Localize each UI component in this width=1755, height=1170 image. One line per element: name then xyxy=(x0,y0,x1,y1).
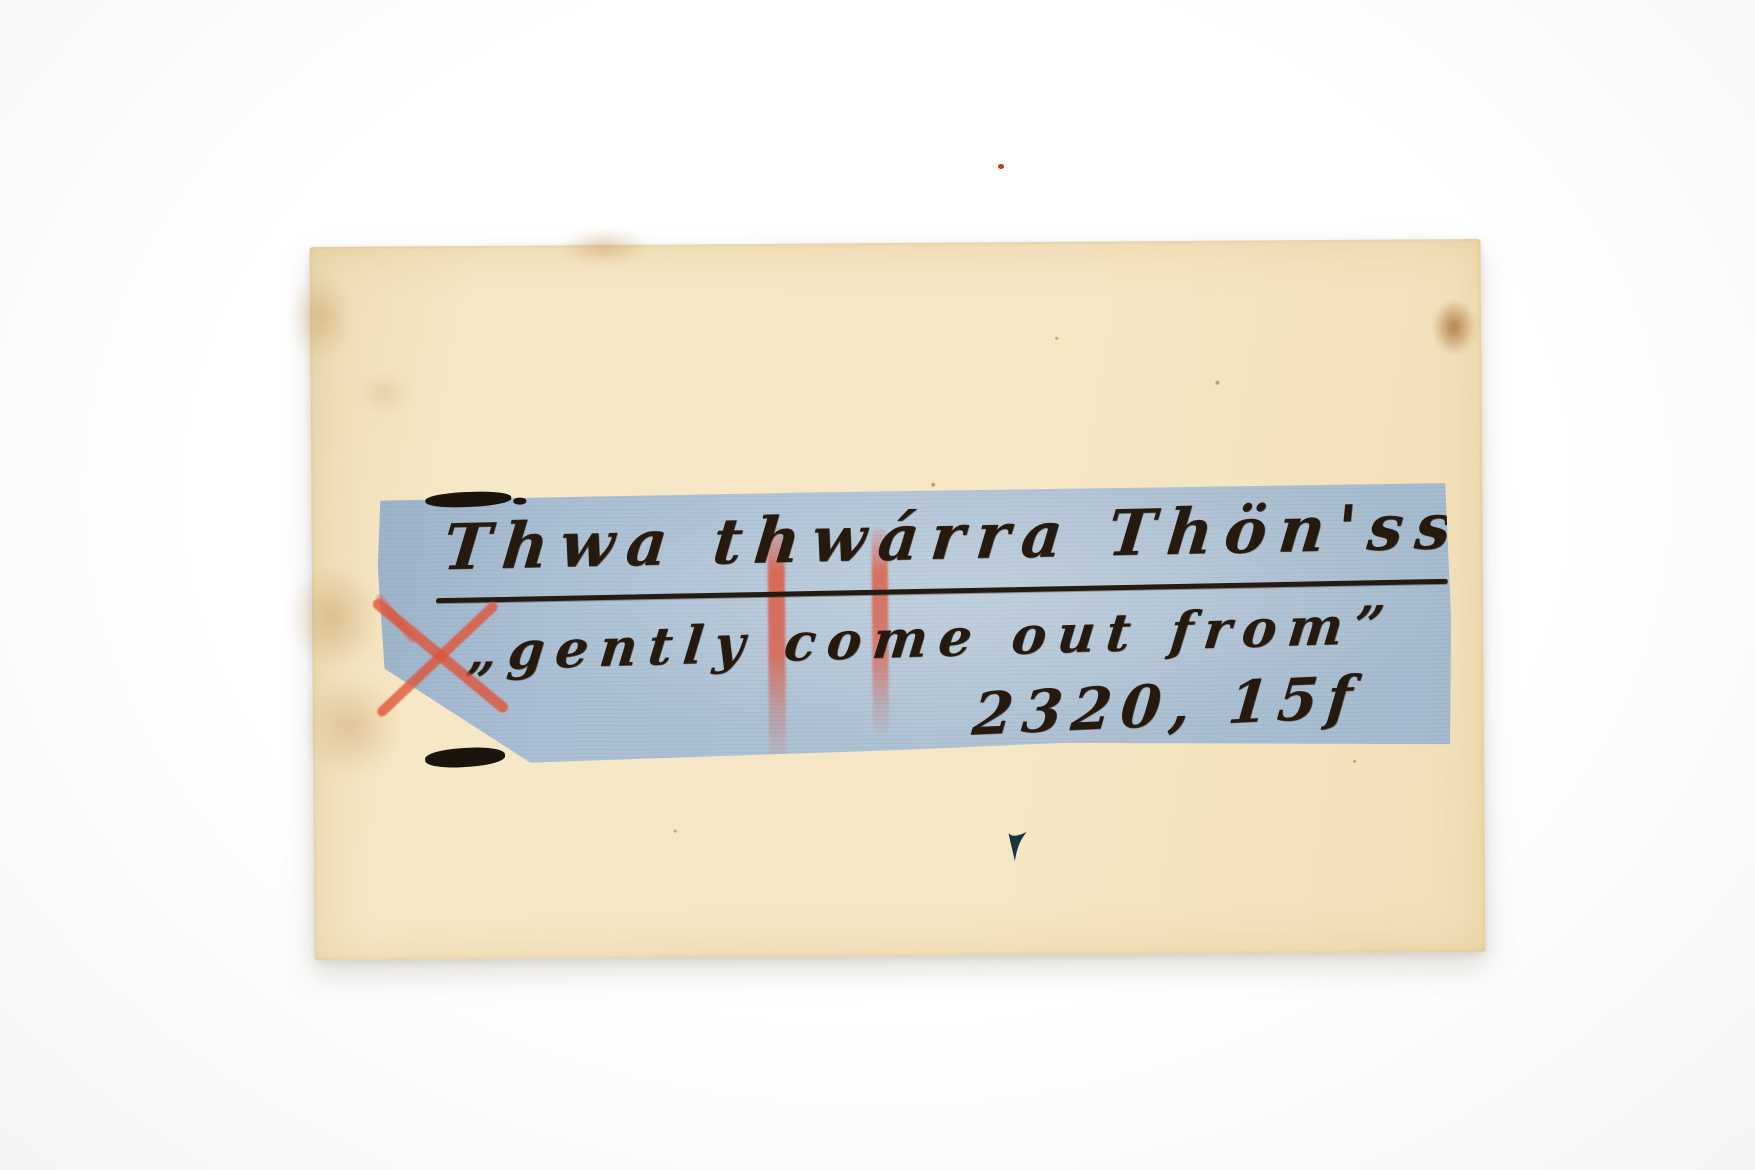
backing-card: Thwa thwárra Thön'ss'ä „gently come out … xyxy=(310,239,1486,960)
red-crayon-x xyxy=(364,594,515,723)
red-x-stroke xyxy=(374,593,418,645)
handwriting-line-3: 2320, 15f xyxy=(970,663,1365,749)
paper-speck xyxy=(1215,381,1219,385)
photo-stage: Thwa thwárra Thön'ss'ä „gently come out … xyxy=(0,0,1755,1170)
red-speck xyxy=(998,164,1004,169)
handwriting-line-1: Thwa thwárra Thön'ss'ä xyxy=(440,487,1551,584)
paper-speck xyxy=(674,830,677,833)
foxing-stain xyxy=(559,229,649,266)
foxing-stain xyxy=(358,372,410,414)
paper-speck xyxy=(1055,337,1058,340)
ink-smudge-top xyxy=(513,498,526,505)
ink-smudge-bottom xyxy=(425,746,506,770)
foxing-stain xyxy=(1432,299,1476,355)
blue-slip: Thwa thwárra Thön'ss'ä „gently come out … xyxy=(371,479,1458,769)
paper-speck xyxy=(931,483,935,487)
ink-vee-mark xyxy=(1004,830,1032,864)
foxing-stain xyxy=(288,275,353,361)
paper-speck xyxy=(1353,760,1356,763)
